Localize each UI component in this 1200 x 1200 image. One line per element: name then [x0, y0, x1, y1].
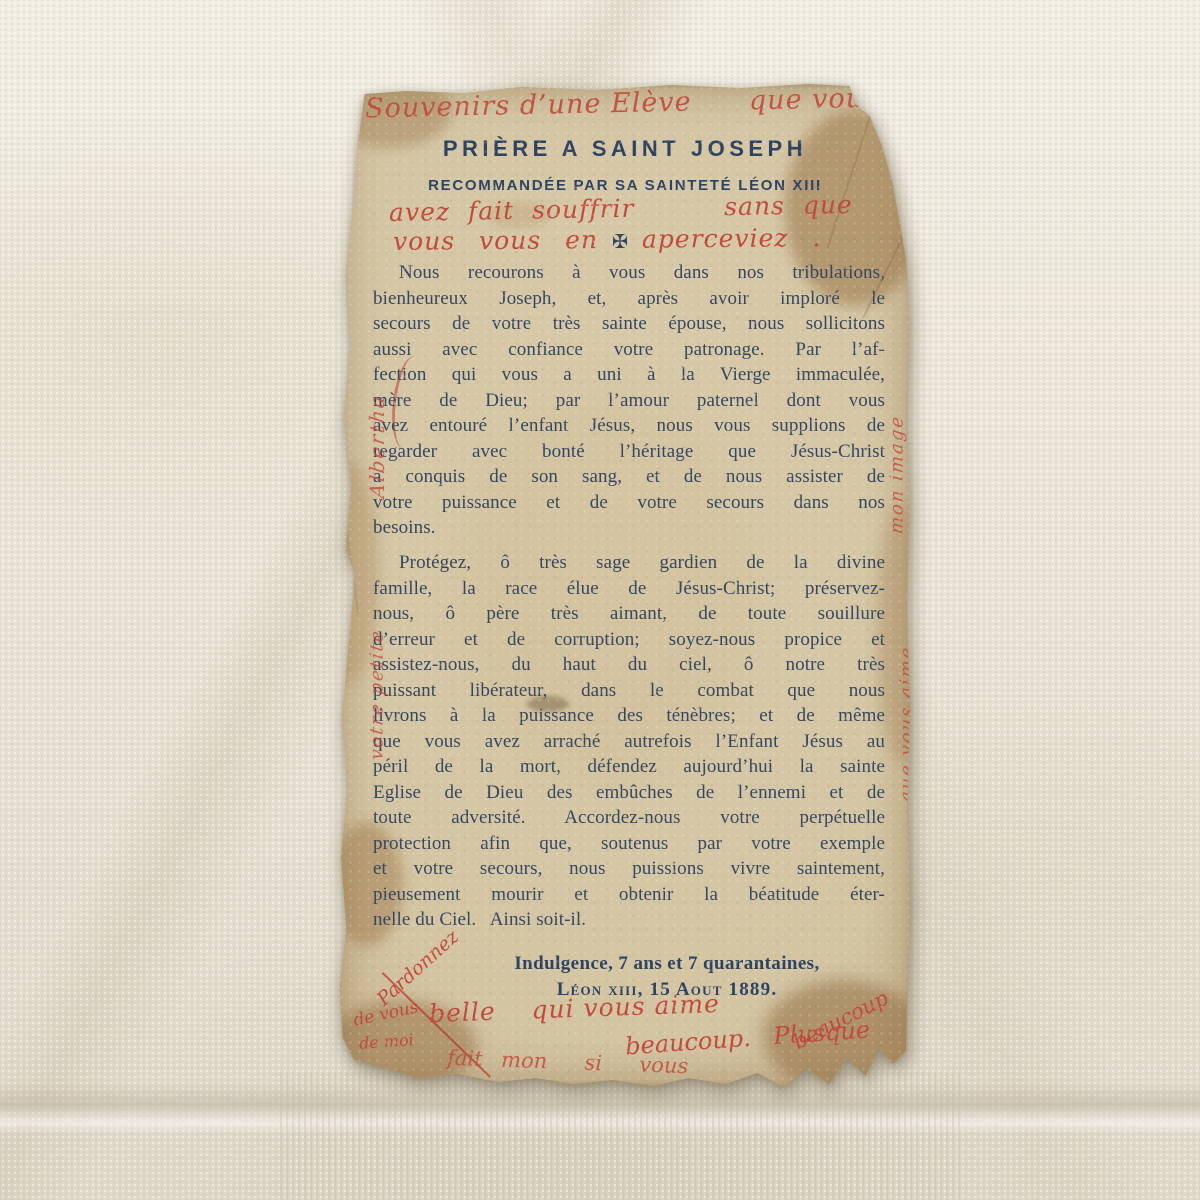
card-subtitle: RECOMMANDÉE PAR SA SAINTETÉ LÉON XIII: [361, 177, 889, 195]
print-line: d’erreur et de corruption; soyez-nous pr…: [373, 627, 885, 653]
print-line: toute adversité. Accordez-nous votre per…: [373, 805, 885, 831]
print-line: Nous recourons à vous dans nos tribulati…: [373, 260, 885, 286]
print-line: bienheureux Joseph, et, après avoir impl…: [373, 286, 885, 312]
print-line: avez entouré l’enfant Jésus, nous vous s…: [373, 413, 885, 439]
print-line: péril de la mort, défendez aujourd’hui l…: [373, 754, 885, 780]
handwriting-mid-line-2-right: aperceviez .: [642, 223, 822, 254]
handwriting-mid-line-2: vous vous en✠aperceviez .: [393, 223, 822, 256]
print-line: regarder avec bonté l’héritage que Jésus…: [373, 439, 885, 465]
print-line: aussi avec confiance votre patronage. Pa…: [373, 337, 885, 363]
paper-crease: [826, 84, 881, 248]
paper-stain: [321, 462, 379, 684]
fabric-weave-ribs: [280, 1072, 960, 1200]
print-line: nelle du Ciel. Ainsi soit-il.: [373, 907, 885, 933]
prayer-card: Souvenirs d’une Elève que vous PRIÈRE A …: [337, 84, 913, 1088]
print-line: nous, ô père très aimant, de toute souil…: [373, 601, 885, 627]
prayer-paragraph-1: Nous recourons à vous dans nos tribulati…: [373, 260, 885, 541]
print-line: mère de Dieu; par l’amour paternel dont …: [373, 388, 885, 414]
handwriting-right-margin-upper: mon image: [887, 393, 908, 555]
print-line: puissant libérateur, dans le combat que …: [373, 678, 885, 704]
handwriting-bottom-demoi: de moi: [358, 1030, 414, 1053]
handwriting-mid-line-1: avez fait souffrir sans que: [389, 190, 853, 227]
handwriting-bottom-devous: de vous: [352, 997, 421, 1030]
handwriting-mid-line-2-left: vous vous en: [393, 225, 598, 256]
linen-fabric-background: Souvenirs d’une Elève que vous PRIÈRE A …: [0, 0, 1200, 1200]
print-line: famille, la race élue de Jésus-Christ; p…: [373, 576, 885, 602]
print-line: protection afin que, soutenus par votre …: [373, 831, 885, 857]
print-line: fection qui vous a uni à la Vierge immac…: [373, 362, 885, 388]
indulgence-line: Indulgence, 7 ans et 7 quarantaines,: [437, 952, 897, 976]
handwriting-top-line: Souvenirs d’une Elève que vous: [365, 83, 880, 125]
print-line: secours de votre très sainte épouse, nou…: [373, 311, 885, 337]
print-line: livrons à la puissance des ténèbres; et …: [373, 703, 885, 729]
print-line: besoins.: [373, 515, 885, 541]
print-line: Protégez, ô très sage gardien de la divi…: [373, 550, 885, 576]
paper-crease: [345, 524, 360, 613]
prayer-card-paper: Souvenirs d’une Elève que vous PRIÈRE A …: [337, 84, 913, 1088]
paper-stain: [325, 1000, 477, 1092]
print-line: votre puissance et de votre secours dans…: [373, 490, 885, 516]
print-line: Eglise de Dieu des embûches de l’ennemi …: [373, 780, 885, 806]
print-line: pieusement mourir et obtenir la béatitud…: [373, 882, 885, 908]
handwriting-right-margin-lower: que vous aime: [897, 623, 918, 825]
cross-ornament-icon: ✠: [612, 231, 628, 253]
handwriting-bottom-beaucoup: beaucoup. Plusque: [624, 1015, 871, 1060]
print-line: que vous avez arraché autrefois l’Enfant…: [373, 729, 885, 755]
print-line: et votre secours, nous puissions vivre s…: [373, 856, 885, 882]
print-line: a conquis de son sang, et de nous assist…: [373, 464, 885, 490]
card-title: PRIÈRE A SAINT JOSEPH: [369, 136, 881, 162]
handwriting-bottom-edge: fait mon si vous: [447, 1046, 689, 1078]
leon-xiii-date-line: Léon xiii, 15 Aout 1889.: [437, 978, 897, 1002]
prayer-paragraph-2: Protégez, ô très sage gardien de la divi…: [373, 550, 885, 933]
print-line: assistez-nous, du haut du ciel, ô notre …: [373, 652, 885, 678]
paper-stain: [487, 202, 551, 228]
